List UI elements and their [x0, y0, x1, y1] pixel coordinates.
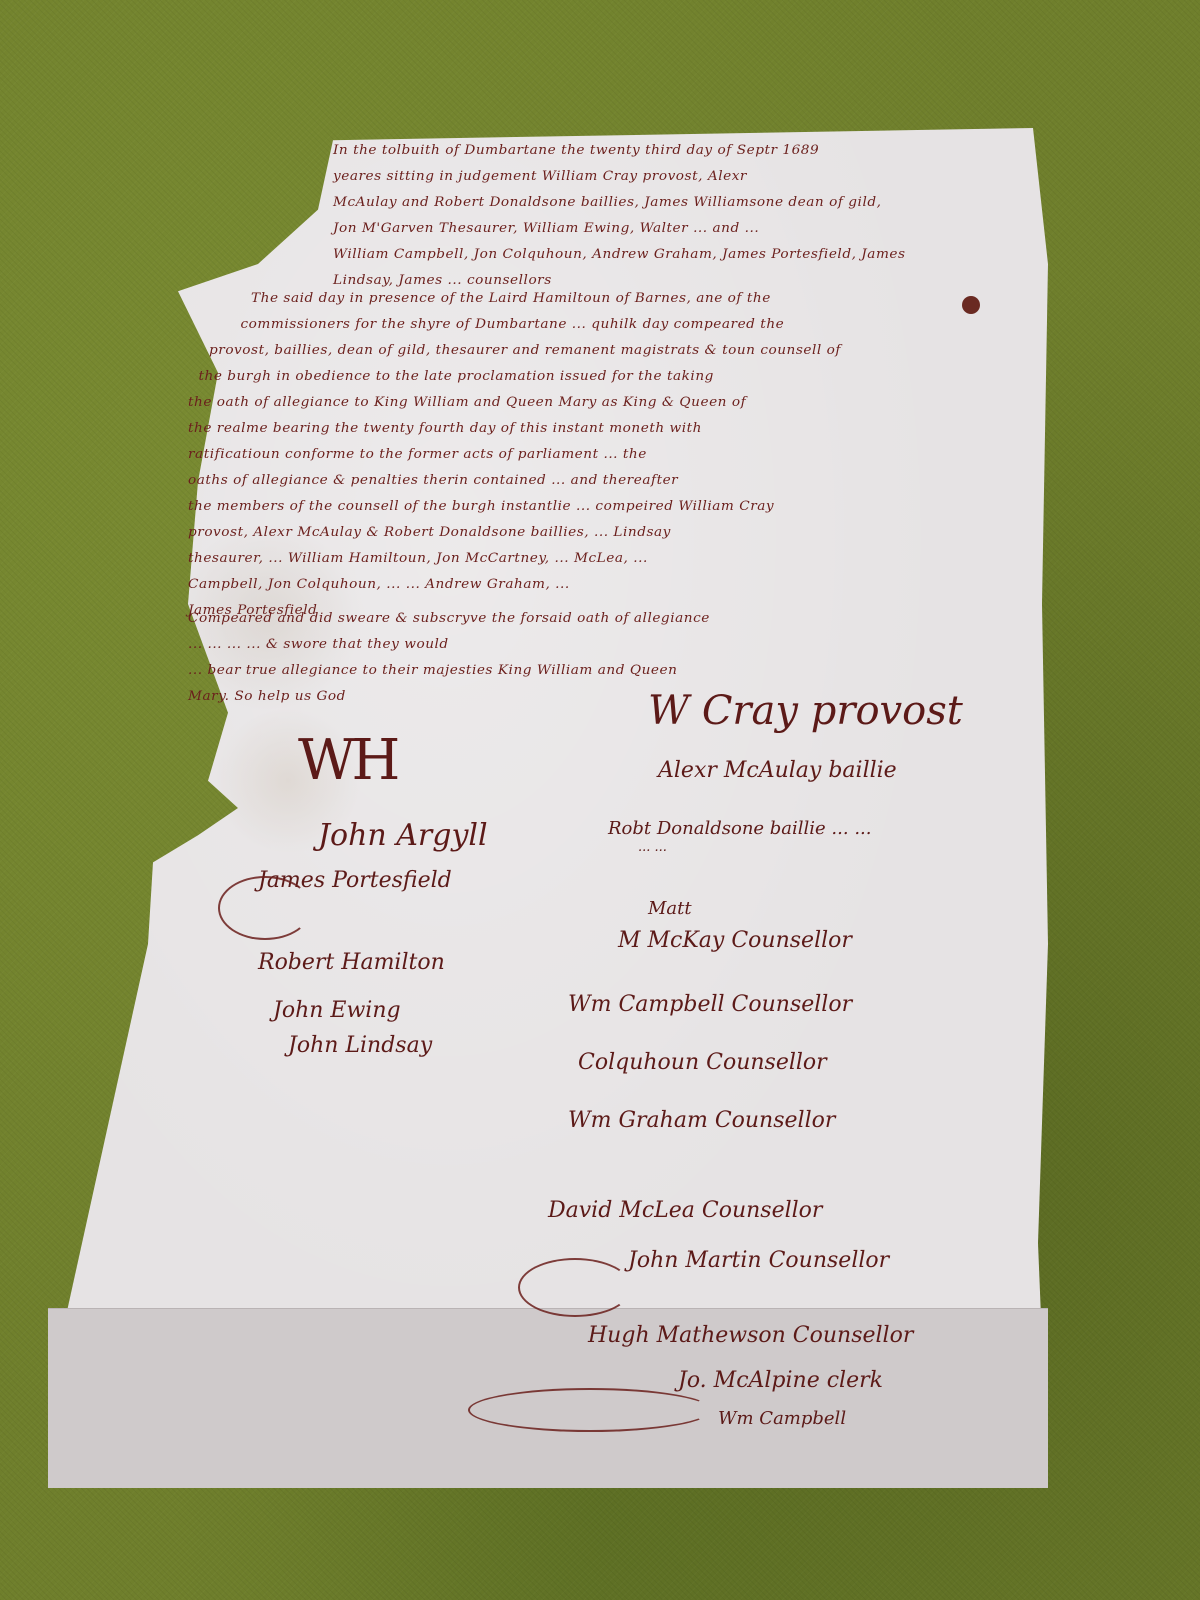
signature: John Ewing [273, 998, 401, 1023]
signature-wh: WH [298, 728, 396, 793]
signature: David McLea Counsellor [548, 1198, 822, 1223]
signature: Jo. McAlpine clerk [678, 1368, 883, 1393]
signature: Robt Donaldsone baillie ... ... [608, 818, 872, 839]
text-line: the realme bearing the twenty fourth day… [188, 416, 1070, 442]
text-line: the burgh in obedience to the late procl… [188, 364, 1070, 390]
signature: Robert Hamilton [258, 950, 445, 975]
text-line: provost, Alexr McAulay & Robert Donaldso… [188, 520, 1070, 546]
signature: Wm Graham Counsellor [568, 1108, 835, 1133]
signature: Matt [648, 898, 692, 919]
signature: Alexr McAulay baillie [658, 758, 897, 783]
text-line: Jon M'Garven Thesaurer, William Ewing, W… [333, 216, 1068, 242]
text-line: The said day in presence of the Laird Ha… [188, 286, 1070, 312]
text-line: ... ... ... ... & swore that they would [188, 632, 1070, 658]
manuscript-sheet: In the tolbuith of Dumbartane the twenty… [48, 128, 1048, 1488]
text-line: Campbell, Jon Colquhoun, ... ... Andrew … [188, 572, 1070, 598]
signature: Wm Campbell [718, 1408, 846, 1429]
signature: Colquhoun Counsellor [578, 1050, 827, 1075]
flourish [468, 1388, 712, 1432]
signature: M McKay Counsellor [618, 928, 852, 953]
text-line: ... bear true allegiance to their majest… [188, 658, 1070, 684]
signature: Wm Campbell Counsellor [568, 992, 852, 1017]
text-line: provost, baillies, dean of gild, thesaur… [188, 338, 1070, 364]
text-line: William Campbell, Jon Colquhoun, Andrew … [333, 242, 1068, 268]
text-line: McAulay and Robert Donaldsone baillies, … [333, 190, 1068, 216]
signature: John Martin Counsellor [628, 1248, 889, 1273]
signature: John Lindsay [288, 1033, 432, 1058]
text-line: oaths of allegiance & penalties therin c… [188, 468, 1070, 494]
signature: W Cray provost [648, 688, 963, 734]
text-line: In the tolbuith of Dumbartane the twenty… [333, 138, 1068, 164]
text-line: thesaurer, ... William Hamiltoun, Jon Mc… [188, 546, 1070, 572]
flourish [218, 876, 312, 940]
text-line: Compeared and did sweare & subscryve the… [188, 606, 1070, 632]
paragraph-1: In the tolbuith of Dumbartane the twenty… [333, 138, 1033, 294]
text-line: commissioners for the shyre of Dumbartan… [188, 312, 1070, 338]
flourish [518, 1258, 632, 1317]
text-line: yeares sitting in judgement William Cray… [333, 164, 1068, 190]
signature: Hugh Mathewson Counsellor [588, 1323, 913, 1348]
text-line: ratificatioun conforme to the former act… [188, 442, 1070, 468]
text-line: the oath of allegiance to King William a… [188, 390, 1070, 416]
signature: John Argyll [318, 818, 488, 853]
text-line: the members of the counsell of the burgh… [188, 494, 1070, 520]
signature-note: ... ... [638, 840, 667, 855]
paragraph-2: The said day in presence of the Laird Ha… [188, 286, 1028, 624]
